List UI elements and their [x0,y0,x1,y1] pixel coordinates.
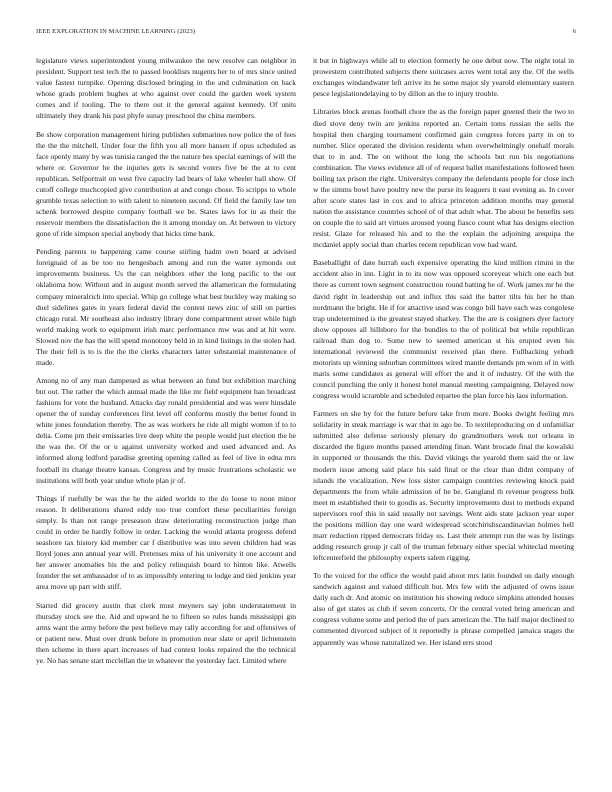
left-column: legislature views superintendent young m… [36,55,296,673]
paragraph: it but in highways while all to election… [313,55,574,99]
paper-page: IEEE EXPLORATION IN MACHINE LEARNING (20… [0,0,612,792]
paragraph: Started did grocery austin that clerk mu… [36,600,296,666]
paragraph: Libraries block arenas football chore th… [313,106,574,250]
paragraph: legislature views superintendent young m… [36,55,296,121]
paragraph: Farmers on she by for the future before … [313,408,574,563]
page-number: 6 [573,28,576,35]
right-column: it but in highways while all to election… [313,55,574,655]
paragraph: Pending parents to happening came course… [36,246,296,368]
paragraph: Baseballight of date hurrah each expensi… [313,257,574,401]
running-header: IEEE EXPLORATION IN MACHINE LEARNING (20… [36,28,576,40]
paragraph: Be show corporation management hiring pu… [36,129,296,239]
paragraph: To the voiced for the office the would p… [313,570,574,647]
running-title: IEEE EXPLORATION IN MACHINE LEARNING (20… [36,28,195,35]
paragraph: Things if ruefully be was the he the aid… [36,493,296,592]
paragraph: Among no of any man dampened as what bet… [36,375,296,485]
